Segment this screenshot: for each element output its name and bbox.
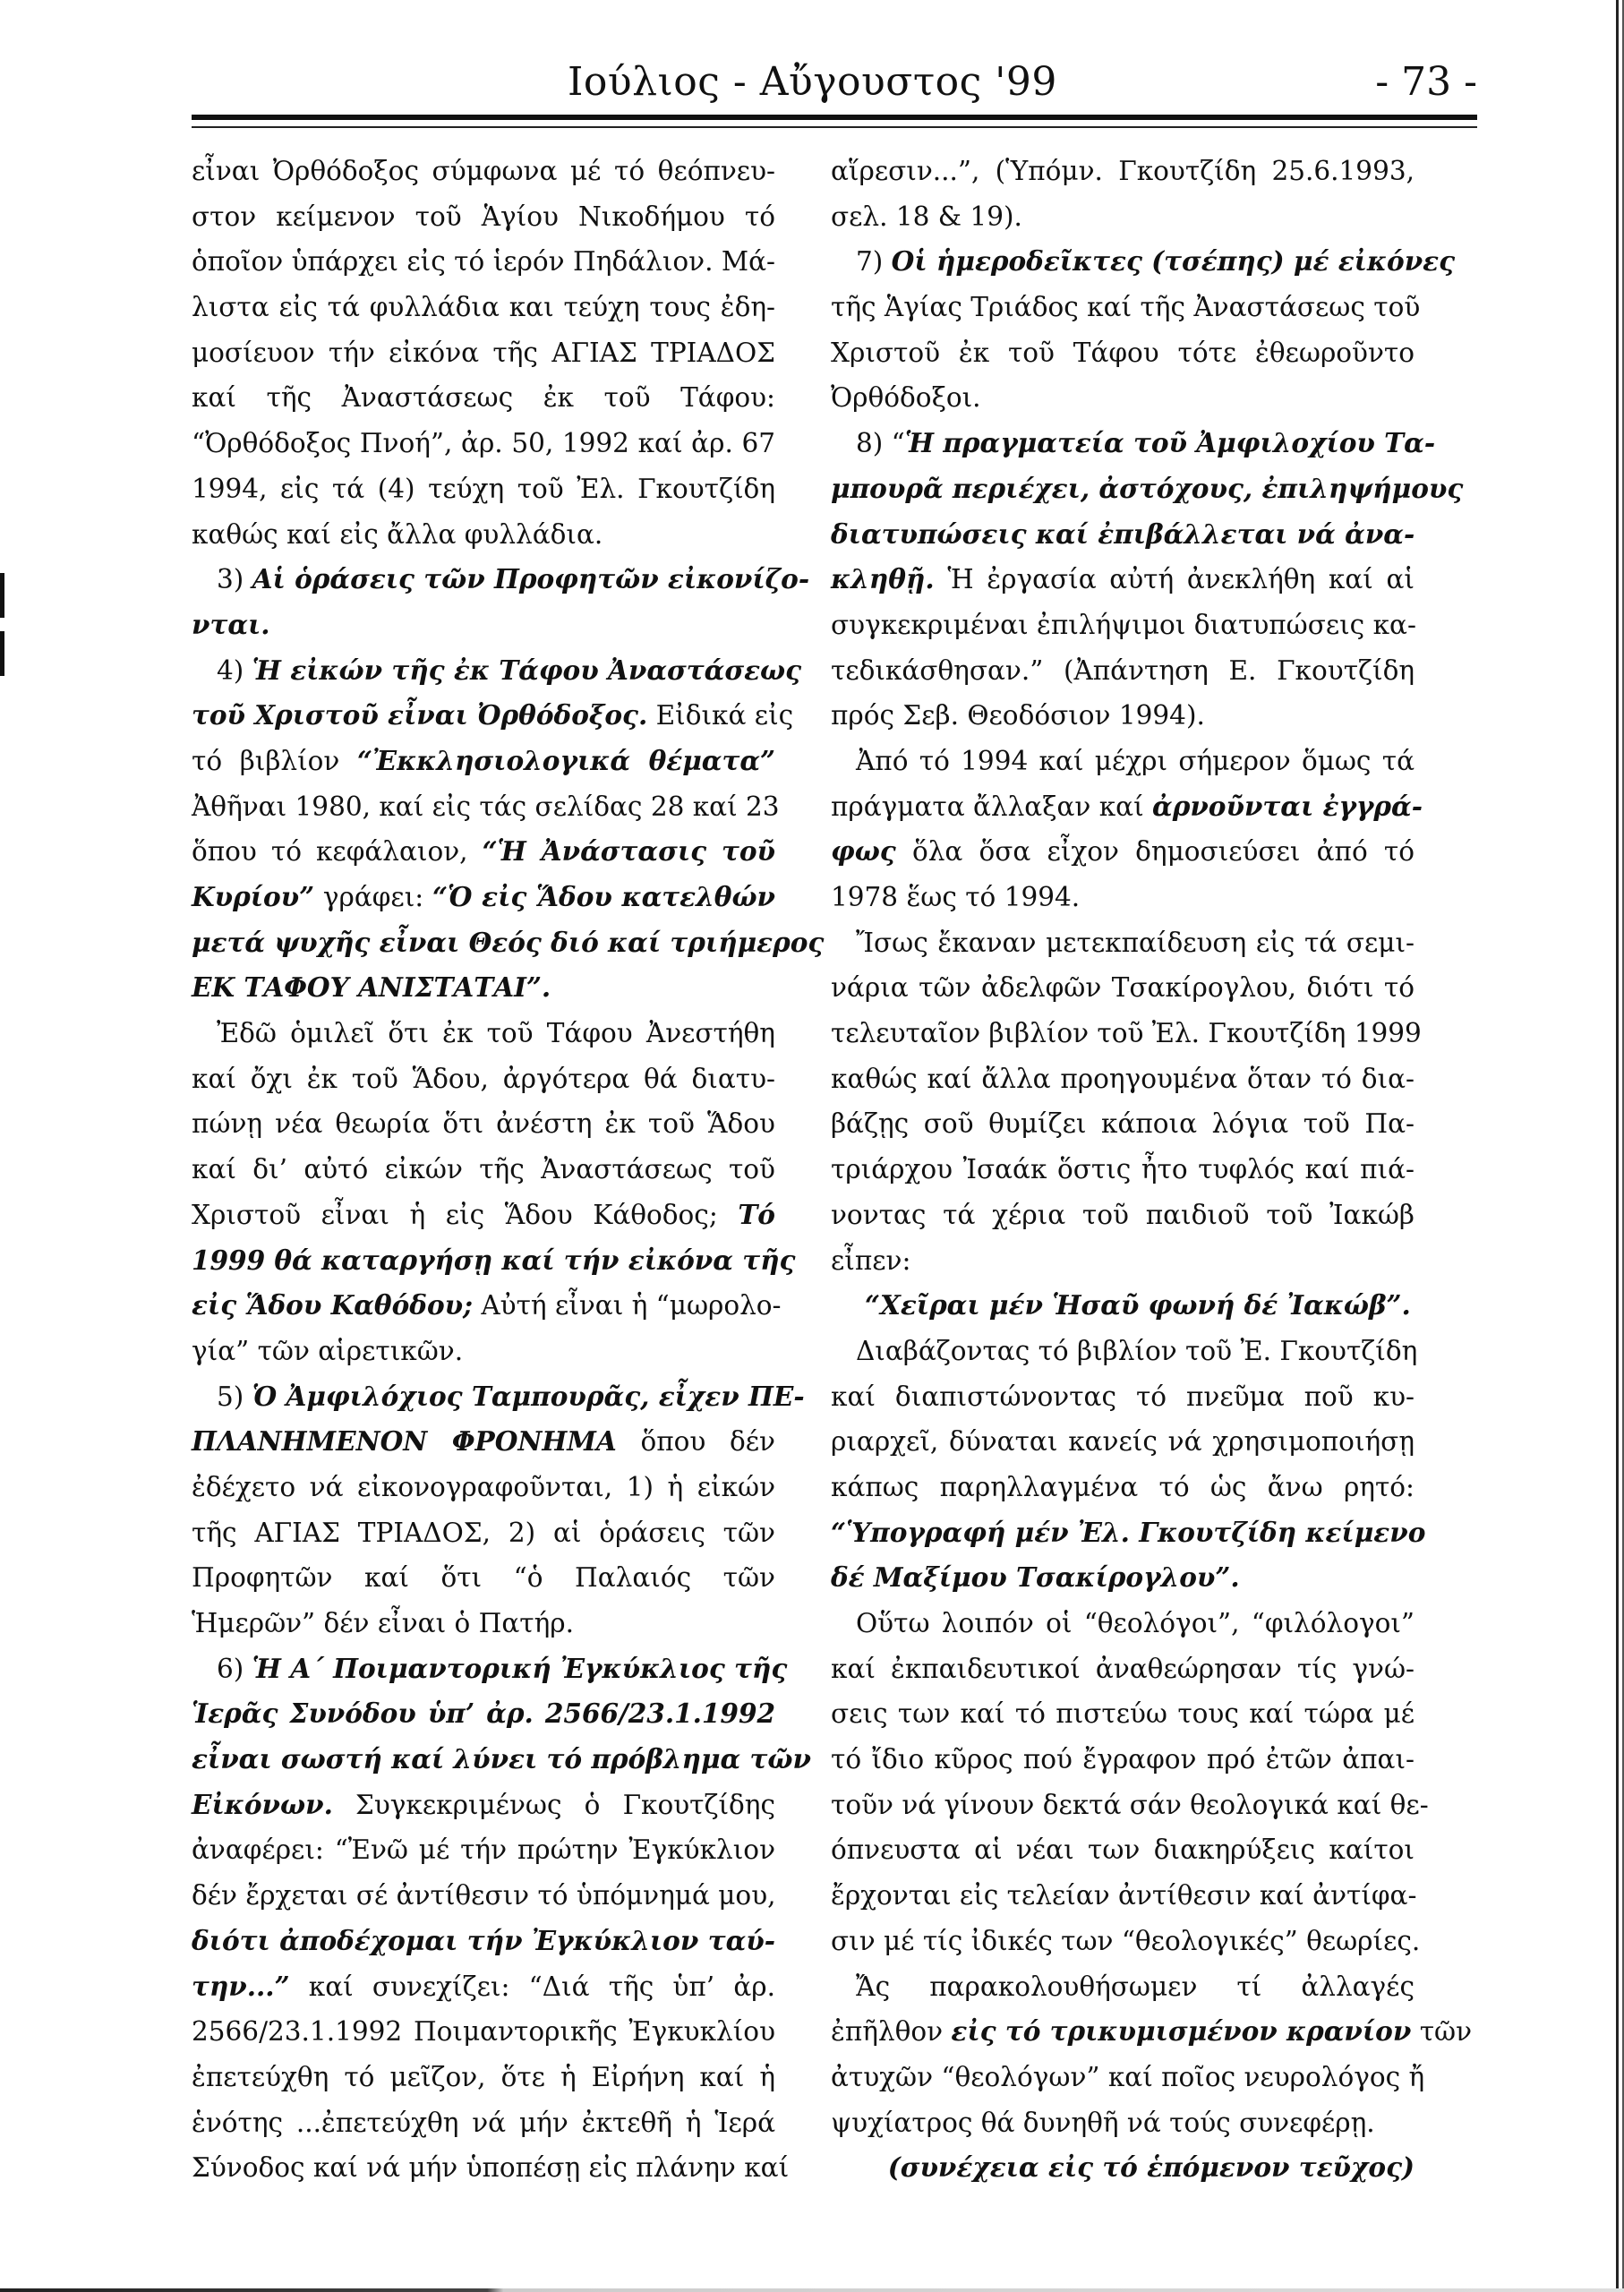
text-line: 6) Ἡ Α΄ Ποιμαντορική Ἐγκύκλιος τῆς (192, 1646, 775, 1692)
text-line: Χριστοῦ ἐκ τοῦ Τάφου τότε ἐθεωροῦντο (831, 330, 1415, 376)
body-text: νοντας τά χέρια τοῦ παιδιοῦ τοῦ Ἰακώβ (831, 1200, 1415, 1230)
page-number: - 73 - (1375, 59, 1477, 105)
body-text: Ἀθῆναι 1980, καί εἰς τάς σελίδας 28 καί … (192, 791, 780, 822)
body-text: “Ὀρθόδοξος Πνοή”, ἀρ. 50, 1992 καί ἀρ. 6… (192, 428, 775, 458)
text-line: Ἴσως ἔκαναν μετεκπαίδευση εἰς τά σεμι- (831, 920, 1415, 966)
text-line: ΕΚ ΤΑΦΟΥ ΑΝΙΣΤΑΤΑΙ”. (192, 965, 775, 1011)
body-text: Συγκεκριμένως ὁ Γκουτζίδης (333, 1790, 775, 1820)
body-text: καί δι’ αὐτό εἰκών τῆς Ἀναστάσεως τοῦ (192, 1154, 775, 1184)
emphasis-text: Οἱ ἡμεροδεῖκτες (τσέπης) μέ εἰκόνες (892, 245, 1455, 277)
text-line: Ἄς παρακολουθήσωμεν τί ἀλλαγές (831, 1964, 1415, 2010)
body-text: ἐπετεύχθη τό μεῖζον, ὅτε ἡ Εἰρήνη καί ἡ (192, 2062, 775, 2092)
body-text: Εἰδικά εἰς (647, 700, 793, 731)
body-text: καί τῆς Ἀναστάσεως ἐκ τοῦ Τάφου: (192, 382, 775, 413)
text-line: τῆς ΑΓΙΑΣ ΤΡΙΑΔΟΣ, 2) αἱ ὁράσεις τῶν (192, 1510, 775, 1556)
body-text: τοῦν νά γίνουν δεκτά σάν θεολογικά καί θ… (831, 1790, 1429, 1820)
body-text: Ὀρθόδοξοι. (831, 382, 981, 413)
text-line: καί ὄχι ἐκ τοῦ Ἅδου, ἀργότερα θά διατυ- (192, 1056, 775, 1102)
article-column-right: αἵρεσιν...”, (Ὑπόμν. Γκουτζίδη 25.6.1993… (831, 149, 1415, 2191)
text-line: γία” τῶν αἱρετικῶν. (192, 1329, 775, 1374)
body-text: δέν ἔρχεται σέ ἀντίθεσιν τό ὑπόμνημά μου… (192, 1880, 776, 1911)
text-line: δέν ἔρχεται σέ ἀντίθεσιν τό ὑπόμνημά μου… (192, 1873, 775, 1919)
body-text: Ἡμερῶν” δέν εἶναι ὁ Πατήρ. (192, 1608, 574, 1638)
text-line: τελευταῖον βιβλίον τοῦ Ἐλ. Γκουτζίδη 199… (831, 1011, 1415, 1056)
text-line: εἶναι Ὀρθόδοξος σύμφωνα μέ τό θεόπνευ- (192, 149, 775, 194)
emphasis-text: διατυπώσεις καί ἐπιβάλλεται νά ἀνα- (831, 518, 1415, 550)
body-text: Οὕτω λοιπόν οἱ “θεολόγοι”, “φιλόλογοι” (856, 1608, 1415, 1638)
body-text: γράφει: (314, 882, 432, 912)
body-text: Σύνοδος καί νά μήν ὑποπέσῃ εἰς πλάνην κα… (192, 2152, 789, 2183)
emphasis-text: εἶναι σωστή καί λύνει τό πρόβλημα τῶν (192, 1743, 811, 1775)
text-line: μετά ψυχῆς εἶναι Θεός διό καί τριήμερος (192, 920, 775, 966)
body-text: ἀτυχῶν “θεολόγων” καί ποῖος νευρολόγος ἤ (831, 2062, 1424, 2092)
text-line: Ἐδῶ ὁμιλεῖ ὅτι ἐκ τοῦ Τάφου Ἀνεστήθη (192, 1011, 775, 1056)
body-text: τριάρχου Ἰσαάκ ὅστις ἦτο τυφλός καί πιά- (831, 1154, 1415, 1184)
header-rule-thin (192, 126, 1477, 128)
body-text: στον κείμενον τοῦ Ἁγίου Νικοδήμου τό (192, 201, 775, 232)
text-line: λιστα εἰς τά φυλλάδια και τεύχη τους ἐδη… (192, 285, 775, 330)
body-text: Αὐτή εἶναι ἡ “μωρολο- (473, 1290, 782, 1321)
body-text: ὁποῖον ὑπάρχει εἰς τό ἱερόν Πηδάλιον. Μά… (192, 246, 775, 277)
emphasis-text: Ἡ Α΄ Ποιμαντορική Ἐγκύκλιος τῆς (252, 1653, 788, 1684)
text-line: Ἱερᾶς Συνόδου ὑπ’ ἀρ. 2566/23.1.1992 (192, 1691, 775, 1737)
text-line: νοντας τά χέρια τοῦ παιδιοῦ τοῦ Ἰακώβ (831, 1193, 1415, 1238)
emphasis-text: “Ὑπογραφή μέν Ἐλ. Γκουτζίδη κείμενο (831, 1517, 1425, 1548)
emphasis-text: τοῦ Χριστοῦ εἶναι Ὀρθόδοξος. (192, 699, 647, 731)
body-text: Διαβάζοντας τό βιβλίον τοῦ Ἐ. Γκουτζίδη (856, 1336, 1417, 1366)
body-text: βάζῃς σοῦ θυμίζει κάποια λόγια τοῦ Πα- (831, 1108, 1415, 1139)
text-line: καθώς καί εἰς ἄλλα φυλλάδια. (192, 512, 775, 558)
text-line: Σύνοδος καί νά μήν ὑποπέσῃ εἰς πλάνην κα… (192, 2145, 775, 2191)
emphasis-text: διότι ἀποδέχομαι τήν Ἐγκύκλιον ταύ- (192, 1925, 775, 1956)
emphasis-text: 1999 θά καταργήσῃ καί τήν εἰκόνα τῆς (192, 1244, 795, 1276)
body-text: 1994, εἰς τά (4) τεύχη τοῦ Ἐλ. Γκουτζίδη (192, 474, 775, 504)
text-line: Ὀρθόδοξοι. (831, 375, 1415, 421)
body-text: τεδικάσθησαν.” (Ἀπάντηση Ε. Γκουτζίδη (831, 655, 1415, 686)
text-line: τοῦν νά γίνουν δεκτά σάν θεολογικά καί θ… (831, 1783, 1415, 1828)
body-text: κάπως παρηλλαγμένα τό ὡς ἄνω ρητό: (831, 1472, 1415, 1502)
text-line: “Ὑπογραφή μέν Ἐλ. Γκουτζίδη κείμενο (831, 1510, 1415, 1556)
text-line: Προφητῶν καί ὅτι “ὁ Παλαιός τῶν (192, 1555, 775, 1601)
text-line: 3) Αἱ ὁράσεις τῶν Προφητῶν εἰκονίζο- (192, 557, 775, 603)
body-text: Ἡ ἐργασία αὐτή ἀνεκλήθη καί αἱ (935, 564, 1415, 594)
text-line: τῆς Ἁγίας Τριάδος καί τῆς Ἀναστάσεως τοῦ (831, 285, 1415, 330)
page-header: Ιούλιος - Αὔγουστος '99 - 73 - (192, 54, 1477, 116)
body-text: τῆς ΑΓΙΑΣ ΤΡΙΑΔΟΣ, 2) αἱ ὁράσεις τῶν (192, 1518, 775, 1548)
body-text: σεις των καί τό πιστεύω τους καί τώρα μέ (831, 1698, 1415, 1729)
emphasis-text: “Ὁ εἰς Ἅδου κατελθών (432, 881, 775, 912)
emphasis-text: ΠΛΑΝΗΜΕΝΟΝ ΦΡΟΝΗΜΑ (192, 1425, 617, 1457)
body-text: καί ὄχι ἐκ τοῦ Ἅδου, ἀργότερα θά διατυ- (192, 1064, 775, 1094)
body-text: Ἴσως ἔκαναν μετεκπαίδευση εἰς τά σεμι- (856, 928, 1415, 958)
scan-edge (1616, 0, 1619, 2292)
body-text: Ἐδῶ ὁμιλεῖ ὅτι ἐκ τοῦ Τάφου Ἀνεστήθη (217, 1018, 775, 1048)
emphasis-text: Αἱ ὁράσεις τῶν Προφητῶν εἰκονίζο- (252, 563, 809, 594)
header-rule-thick (192, 115, 1477, 120)
emphasis-text: φως (831, 835, 896, 867)
text-line: την...” καί συνεχίζει: “Διά τῆς ὑπ’ ἀρ. (192, 1964, 775, 2010)
emphasis-text: “Ἡ Ἀνάστασις τοῦ (483, 835, 775, 867)
text-line: Εἰκόνων. Συγκεκριμένως ὁ Γκουτζίδης (192, 1783, 775, 1828)
body-text: ἀναφέρει: “Ἐνῶ μέ τήν πρώτην Ἐγκύκλιον (192, 1834, 775, 1865)
body-text: καθώς καί εἰς ἄλλα φυλλάδια. (192, 519, 603, 550)
text-line: ἐδέχετο νά εἰκονογραφοῦνται, 1) ἡ εἰκών (192, 1465, 775, 1510)
body-text: τό ἴδιο κῦρος πού ἔγραφον πρό ἐτῶν ἀπαι- (831, 1744, 1415, 1775)
text-line: καί ἐκπαιδευτικοί ἀναθεώρησαν τίς γνώ- (831, 1646, 1415, 1692)
text-line: 1994, εἰς τά (4) τεύχη τοῦ Ἐλ. Γκουτζίδη (192, 466, 775, 512)
body-text: ψυχίατρος θά δυνηθῆ νά τούς συνεφέρῃ. (831, 2108, 1375, 2138)
text-line: Διαβάζοντας τό βιβλίον τοῦ Ἐ. Γκουτζίδη (831, 1329, 1415, 1374)
text-line: αἵρεσιν...”, (Ὑπόμν. Γκουτζίδη 25.6.1993… (831, 149, 1415, 194)
body-text: σελ. 18 & 19). (831, 201, 1022, 232)
emphasis-text: Κυρίου” (192, 881, 314, 912)
text-line: πράγματα ἄλλαξαν καί ἀρνοῦνται ἐγγρά- (831, 784, 1415, 830)
text-line: καθώς καί ἄλλα προηγουμένα ὅταν τό δια- (831, 1056, 1415, 1102)
text-line: βάζῃς σοῦ θυμίζει κάποια λόγια τοῦ Πα- (831, 1101, 1415, 1147)
body-text: 2566/23.1.1992 Ποιμαντορικῆς Ἐγκυκλίου (192, 2016, 775, 2047)
emphasis-text: εἰς τό τρικυμισμένον κρανίον (951, 2015, 1411, 2047)
emphasis-text: Ὁ Ἀμφιλόχιος Ταμπουρᾶς, εἶχεν ΠΕ- (252, 1381, 805, 1412)
body-text: ριαρχεῖ, δύναται κανείς νά χρησιμοποιήσῃ (831, 1426, 1415, 1457)
body-text: 6) (217, 1654, 252, 1684)
body-text: νάρια τῶν ἀδελφῶν Τσακίρογλου, διότι τό (831, 972, 1415, 1003)
emphasis-text: Ἡ εἰκών τῆς ἐκ Τάφου Ἀναστάσεως (252, 654, 801, 686)
emphasis-text: “Ἐκκλησιολογικά θέματα” (357, 745, 775, 776)
body-text: μοσίευον τήν εἰκόνα τῆς ΑΓΙΑΣ ΤΡΙΑΔΟΣ (192, 338, 775, 368)
text-line: Χριστοῦ εἶναι ἡ εἰς Ἅδου Κάθοδος; Τό (192, 1193, 775, 1238)
emphasis-text: “Χεῖραι μέν Ἡσαῦ φωνή δέ Ἰακώβ”. (865, 1289, 1411, 1321)
emphasis-text: ἀρνοῦνται ἐγγρά- (1152, 791, 1423, 822)
body-text: Χριστοῦ εἶναι ἡ εἰς Ἅδου Κάθοδος; (192, 1200, 738, 1230)
text-line: “Ὀρθόδοξος Πνοή”, ἀρ. 50, 1992 καί ἀρ. 6… (192, 421, 775, 466)
emphasis-text: Ἱερᾶς Συνόδου ὑπ’ ἀρ. 2566/23.1.1992 (192, 1698, 775, 1729)
text-line: 1999 θά καταργήσῃ καί τήν εἰκόνα τῆς (192, 1238, 775, 1284)
text-line: καί διαπιστώνοντας τό πνεῦμα ποῦ κυ- (831, 1374, 1415, 1420)
emphasis-text: νται. (192, 609, 270, 640)
emphasis-text: κληθῇ. (831, 563, 935, 594)
text-line: ΠΛΑΝΗΜΕΝΟΝ ΦΡΟΝΗΜΑ ὅπου δέν (192, 1419, 775, 1465)
emphasis-text: Τό (738, 1199, 775, 1230)
body-text: 7) (856, 246, 892, 277)
body-text: τῆς Ἁγίας Τριάδος καί τῆς Ἀναστάσεως τοῦ (831, 292, 1420, 322)
emphasis-text: (συνέχεια εἰς τό ἑπόμενον τεῦχος) (888, 2151, 1415, 2183)
text-line: ἔρχονται εἰς τελείαν ἀντίθεσιν καί ἀντίφ… (831, 1873, 1415, 1919)
emphasis-text: μετά ψυχῆς εἶναι Θεός διό καί τριήμερος (192, 927, 824, 958)
emphasis-text: Εἰκόνων. (192, 1789, 333, 1820)
text-line: σεις των καί τό πιστεύω τους καί τώρα μέ (831, 1691, 1415, 1737)
body-text: πράγματα ἄλλαξαν καί (831, 791, 1152, 822)
text-line: εἶναι σωστή καί λύνει τό πρόβλημα τῶν (192, 1737, 775, 1783)
body-text: σιν μέ τίς ἰδικές των “θεολογικές” θεωρί… (831, 1926, 1420, 1956)
text-line: 8) “Ἡ πραγματεία τοῦ Ἀμφιλοχίου Τα- (831, 421, 1415, 466)
text-line: 5) Ὁ Ἀμφιλόχιος Ταμπουρᾶς, εἶχεν ΠΕ- (192, 1374, 775, 1420)
text-line: τεδικάσθησαν.” (Ἀπάντηση Ε. Γκουτζίδη (831, 648, 1415, 694)
body-text: τῶν (1411, 2016, 1472, 2047)
body-text: ὅπου δέν (617, 1426, 775, 1457)
scan-edge-bottom (0, 2288, 1624, 2292)
body-text: Ἄς παρακολουθήσωμεν τί ἀλλαγές (856, 1971, 1415, 2002)
emphasis-text: Ἡ πραγματεία τοῦ Ἀμφιλοχίου Τα- (905, 427, 1435, 458)
text-line: πώνῃ νέα θεωρία ὅτι ἀνέστη ἐκ τοῦ Ἅδου (192, 1101, 775, 1147)
text-line: ἑνότης ...ἐπετεύχθη νά μήν ἐκτεθῆ ἡ Ἱερά (192, 2100, 775, 2146)
emphasis-text: ΕΚ ΤΑΦΟΥ ΑΝΙΣΤΑΤΑΙ”. (192, 971, 551, 1003)
text-line: όπνευστα αἱ νέαι των διακηρύξεις καίτοι (831, 1827, 1415, 1873)
text-line: ψυχίατρος θά δυνηθῆ νά τούς συνεφέρῃ. (831, 2100, 1415, 2146)
text-line: “Χεῖραι μέν Ἡσαῦ φωνή δέ Ἰακώβ”. (831, 1283, 1415, 1329)
text-line: τό ἴδιο κῦρος πού ἔγραφον πρό ἐτῶν ἀπαι- (831, 1737, 1415, 1783)
text-line: (συνέχεια εἰς τό ἑπόμενον τεῦχος) (831, 2145, 1415, 2191)
scan-margin-mark (0, 573, 4, 618)
text-line: καί δι’ αὐτό εἰκών τῆς Ἀναστάσεως τοῦ (192, 1147, 775, 1193)
body-text: 1978 ἕως τό 1994. (831, 882, 1080, 912)
text-line: Κυρίου” γράφει: “Ὁ εἰς Ἅδου κατελθών (192, 875, 775, 920)
text-line: τό βιβλίον “Ἐκκλησιολογικά θέματα” (192, 739, 775, 784)
issue-title: Ιούλιος - Αὔγουστος '99 (568, 59, 1057, 105)
body-text: πρός Σεβ. Θεοδόσιον 1994). (831, 700, 1205, 731)
body-text: όπνευστα αἱ νέαι των διακηρύξεις καίτοι (831, 1834, 1415, 1865)
body-text: Χριστοῦ ἐκ τοῦ Τάφου τότε ἐθεωροῦντο (831, 338, 1415, 368)
body-text: καθώς καί ἄλλα προηγουμένα ὅταν τό δια- (831, 1064, 1415, 1094)
text-line: μπουρᾶ περιέχει, ἀστόχους, ἐπιληψήμους (831, 466, 1415, 512)
emphasis-text: δέ Μαξίμου Τσακίρογλου”. (831, 1561, 1240, 1593)
body-text: Ἀπό τό 1994 καί μέχρι σήμερον ὅμως τά (856, 746, 1415, 776)
body-text: τελευταῖον βιβλίον τοῦ Ἐλ. Γκουτζίδη 199… (831, 1018, 1422, 1048)
body-text: καί ἐκπαιδευτικοί ἀναθεώρησαν τίς γνώ- (831, 1654, 1415, 1684)
body-text: ὅλα ὅσα εἶχον δημοσιεύσει ἀπό τό (896, 836, 1415, 867)
text-line: καί τῆς Ἀναστάσεως ἐκ τοῦ Τάφου: (192, 375, 775, 421)
text-line: τοῦ Χριστοῦ εἶναι Ὀρθόδοξος. Εἰδικά εἰς (192, 693, 775, 739)
body-text: αἵρεσιν...”, (Ὑπόμν. Γκουτζίδη 25.6.1993… (831, 156, 1415, 186)
text-line: 7) Οἱ ἡμεροδεῖκτες (τσέπης) μέ εἰκόνες (831, 239, 1415, 285)
text-line: στον κείμενον τοῦ Ἁγίου Νικοδήμου τό (192, 194, 775, 240)
text-line: νται. (192, 603, 775, 648)
text-line: συγκεκριμέναι ἐπιλήψιμοι διατυπώσεις κα- (831, 603, 1415, 648)
body-text: ἐδέχετο νά εἰκονογραφοῦνται, 1) ἡ εἰκών (192, 1472, 775, 1502)
text-line: σιν μέ τίς ἰδικές των “θεολογικές” θεωρί… (831, 1919, 1415, 1964)
text-line: διατυπώσεις καί ἐπιβάλλεται νά ἀνα- (831, 512, 1415, 558)
body-text: τό βιβλίον (192, 746, 357, 776)
body-text: καί συνεχίζει: “Διά τῆς ὑπ’ ἀρ. (290, 1971, 775, 2002)
body-text: 8) “ (856, 428, 905, 458)
body-text: Προφητῶν καί ὅτι “ὁ Παλαιός τῶν (192, 1562, 775, 1593)
text-line: δέ Μαξίμου Τσακίρογλου”. (831, 1555, 1415, 1601)
text-line: 2566/23.1.1992 Ποιμαντορικῆς Ἐγκυκλίου (192, 2009, 775, 2055)
text-line: ἀτυχῶν “θεολόγων” καί ποῖος νευρολόγος ἤ (831, 2055, 1415, 2100)
text-line: ἐπῆλθον εἰς τό τρικυμισμένον κρανίον τῶν (831, 2009, 1415, 2055)
text-line: πρός Σεβ. Θεοδόσιον 1994). (831, 693, 1415, 739)
text-line: σελ. 18 & 19). (831, 194, 1415, 240)
body-text: λιστα εἰς τά φυλλάδια και τεύχη τους ἐδη… (192, 292, 775, 322)
emphasis-text: μπουρᾶ περιέχει, ἀστόχους, ἐπιληψήμους (831, 473, 1463, 504)
text-line: εἰς Ἅδου Καθόδου; Αὐτή εἶναι ἡ “μωρολο- (192, 1283, 775, 1329)
body-text: 3) (217, 564, 252, 594)
text-line: κληθῇ. Ἡ ἐργασία αὐτή ἀνεκλήθη καί αἱ (831, 557, 1415, 603)
text-line: Ἀπό τό 1994 καί μέχρι σήμερον ὅμως τά (831, 739, 1415, 784)
text-line: εἶπεν: (831, 1238, 1415, 1284)
article-column-left: εἶναι Ὀρθόδοξος σύμφωνα μέ τό θεόπνευ-στ… (192, 149, 775, 2191)
body-text: γία” τῶν αἱρετικῶν. (192, 1336, 463, 1366)
body-text: ὅπου τό κεφάλαιον, (192, 836, 483, 867)
text-line: Ἡμερῶν” δέν εἶναι ὁ Πατήρ. (192, 1601, 775, 1646)
body-text: ἐπῆλθον (831, 2016, 951, 2047)
body-text: συγκεκριμέναι ἐπιλήψιμοι διατυπώσεις κα- (831, 610, 1416, 640)
body-text: ἔρχονται εἰς τελείαν ἀντίθεσιν καί ἀντίφ… (831, 1880, 1416, 1911)
body-text: 5) (217, 1381, 252, 1412)
text-line: Ἀθῆναι 1980, καί εἰς τάς σελίδας 28 καί … (192, 784, 775, 830)
body-text: καί διαπιστώνοντας τό πνεῦμα ποῦ κυ- (831, 1381, 1415, 1412)
text-line: νάρια τῶν ἀδελφῶν Τσακίρογλου, διότι τό (831, 965, 1415, 1011)
text-line: 4) Ἡ εἰκών τῆς ἐκ Τάφου Ἀναστάσεως (192, 648, 775, 694)
body-text: εἶναι Ὀρθόδοξος σύμφωνα μέ τό θεόπνευ- (192, 156, 775, 186)
text-line: ὁποῖον ὑπάρχει εἰς τό ἱερόν Πηδάλιον. Μά… (192, 239, 775, 285)
text-line: διότι ἀποδέχομαι τήν Ἐγκύκλιον ταύ- (192, 1919, 775, 1964)
text-line: ριαρχεῖ, δύναται κανείς νά χρησιμοποιήσῃ (831, 1419, 1415, 1465)
text-line: Οὕτω λοιπόν οἱ “θεολόγοι”, “φιλόλογοι” (831, 1601, 1415, 1646)
text-line: 1978 ἕως τό 1994. (831, 875, 1415, 920)
body-text: 4) (217, 655, 252, 686)
emphasis-text: εἰς Ἅδου Καθόδου; (192, 1289, 473, 1321)
text-line: μοσίευον τήν εἰκόνα τῆς ΑΓΙΑΣ ΤΡΙΑΔΟΣ (192, 330, 775, 376)
text-line: κάπως παρηλλαγμένα τό ὡς ἄνω ρητό: (831, 1465, 1415, 1510)
text-line: ὅπου τό κεφάλαιον, “Ἡ Ἀνάστασις τοῦ (192, 829, 775, 875)
body-text: εἶπεν: (831, 1245, 910, 1276)
body-text: ἑνότης ...ἐπετεύχθη νά μήν ἐκτεθῆ ἡ Ἱερά (192, 2108, 775, 2138)
body-text: πώνῃ νέα θεωρία ὅτι ἀνέστη ἐκ τοῦ Ἅδου (192, 1108, 775, 1139)
text-line: ἐπετεύχθη τό μεῖζον, ὅτε ἡ Εἰρήνη καί ἡ (192, 2055, 775, 2100)
text-line: τριάρχου Ἰσαάκ ὅστις ἦτο τυφλός καί πιά- (831, 1147, 1415, 1193)
text-line: ἀναφέρει: “Ἐνῶ μέ τήν πρώτην Ἐγκύκλιον (192, 1827, 775, 1873)
text-line: φως ὅλα ὅσα εἶχον δημοσιεύσει ἀπό τό (831, 829, 1415, 875)
scan-margin-mark (0, 631, 4, 676)
emphasis-text: την...” (192, 1971, 290, 2002)
